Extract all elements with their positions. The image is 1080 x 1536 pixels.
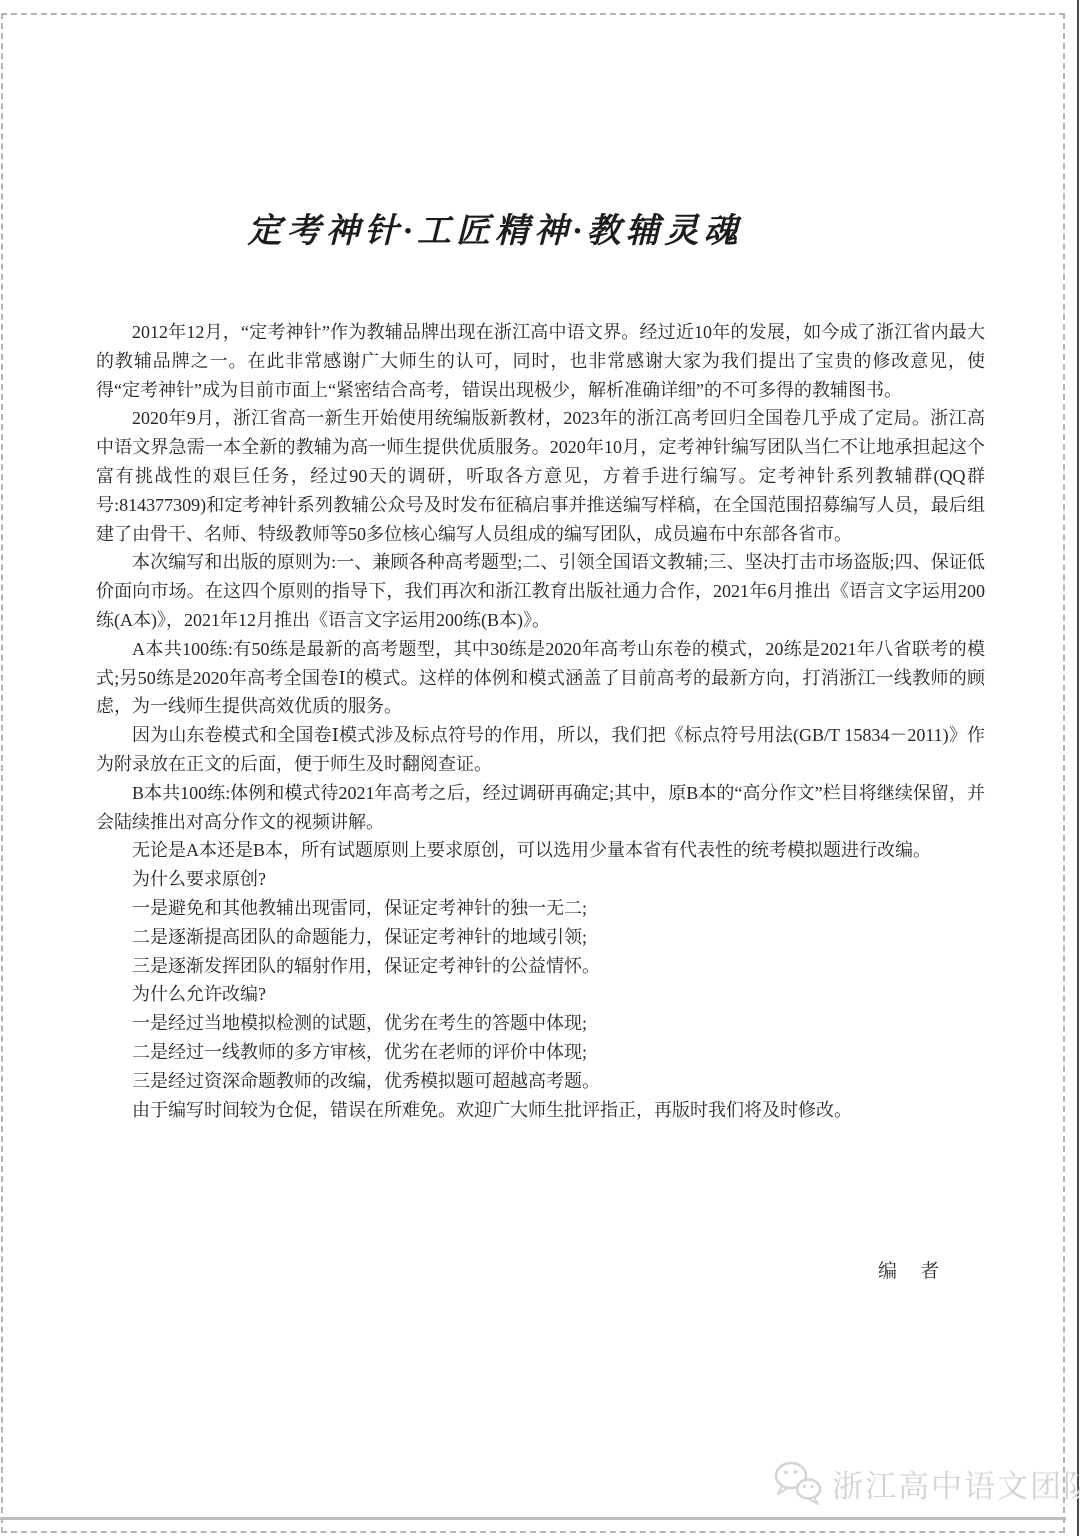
paragraph: 为什么允许改编? [96,980,985,1009]
paragraph: 因为山东卷模式和全国卷Ⅰ模式涉及标点符号的作用，所以，我们把《标点符号用法(GB… [96,721,985,779]
watermark: 浙江高中语文团队 [772,1458,1080,1508]
paragraph: B本共100练:体例和模式待2021年高考之后，经过调研再确定;其中，原B本的“… [96,779,985,837]
page-title: 定考神针·工匠精神·教辅灵魂 [0,203,990,252]
paragraph: 无论是A本还是B本，所有试题原则上要求原创，可以选用少量本省有代表性的统考模拟题… [96,836,985,865]
paragraph: 由于编写时间较为仓促，错误在所难免。欢迎广大师生批评指正，再版时我们将及时修改。 [96,1096,985,1125]
paragraph: 本次编写和出版的原则为:一、兼顾各种高考题型;二、引领全国语文教辅;三、坚决打击… [96,548,985,634]
wechat-icon [772,1458,824,1508]
paragraph: 一是经过当地模拟检测的试题，优劣在考生的答题中体现; [96,1009,985,1038]
paragraph: 2012年12月，“定考神针”作为教辅品牌出现在浙江高中语文界。经过近10年的发… [96,318,985,404]
paragraph: A本共100练:有50练是最新的高考题型，其中30练是2020年高考山东卷的模式… [96,635,985,721]
paragraph: 二是经过一线教师的多方审核，优劣在老师的评价中体现; [96,1038,985,1067]
paragraph: 三是经过资深命题教师的改编，优秀模拟题可超越高考题。 [96,1067,985,1096]
scanned-book-page: 定考神针·工匠精神·教辅灵魂 2012年12月，“定考神针”作为教辅品牌出现在浙… [0,0,1080,1536]
paragraph: 三是逐渐发挥团队的辐射作用，保证定考神针的公益情怀。 [96,952,985,981]
watermark-text: 浙江高中语文团队 [832,1461,1080,1506]
body-paragraphs: 2012年12月，“定考神针”作为教辅品牌出现在浙江高中语文界。经过近10年的发… [96,318,985,1124]
page-bottom-rule [0,1517,1066,1520]
paragraph: 一是避免和其他教辅出现雷同，保证定考神针的独一无二; [96,894,985,923]
editor-signature: 编 者 [96,1256,985,1283]
page-right-edge [1077,0,1079,1536]
paragraph: 为什么要求原创? [96,865,985,894]
paragraph: 二是逐渐提高团队的命题能力，保证定考神针的地域引领; [96,923,985,952]
paragraph: 2020年9月，浙江省高一新生开始使用统编版新教材，2023年的浙江高考回归全国… [96,404,985,548]
